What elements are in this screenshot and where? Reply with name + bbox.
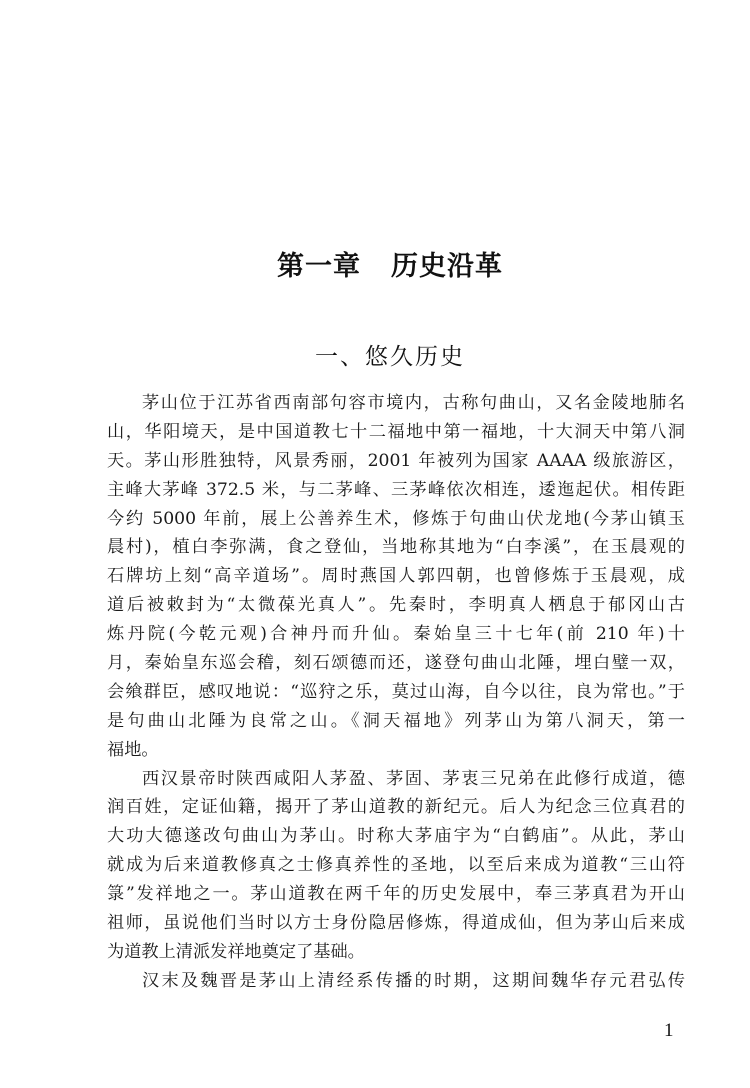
text-line: 道后被敕封为“太微葆光真人”。先秦时，李明真人栖息于郁冈山古 [107,591,685,620]
text-line: 月，秦始皇东巡会稽，刻石颂德而还，遂登句曲山北陲，埋白璧一双， [107,649,685,678]
text-line: 山，华阳境天，是中国道教七十二福地中第一福地，十大洞天中第八洞 [107,418,685,447]
text-line: 茅山位于江苏省西南部句容市境内，古称句曲山，又名金陵地肺名 [107,389,685,418]
book-page: 第一章历史沿革 一、悠久历史 茅山位于江苏省西南部句容市境内，古称句曲山，又名金… [0,0,750,1088]
text-line: 今约 5000 年前，展上公善养生术，修炼于句曲山伏龙地(今茅山镇玉 [107,505,685,534]
text-line: 天。茅山形胜独特，风景秀丽，2001 年被列为国家 AAAA 级旅游区， [107,447,685,476]
text-line: 润百姓，定证仙籍，揭开了茅山道教的新纪元。后人为纪念三位真君的 [107,793,685,822]
text-line: 祖师，虽说他们当时以方士身份隐居修炼，得道成仙，但为茅山后来成 [107,909,685,938]
chapter-name: 历史沿革 [391,251,503,282]
body-text: 茅山位于江苏省西南部句容市境内，古称句曲山，又名金陵地肺名 山，华阳境天，是中国… [107,389,685,996]
chapter-number: 第一章 [277,251,361,282]
text-line: 西汉景帝时陕西咸阳人茅盈、茅固、茅衷三兄弟在此修行成道，德 [107,765,685,794]
text-line: 汉末及魏晋是茅山上清经系传播的时期，这期间魏华存元君弘传 [107,967,685,996]
text-line: 主峰大茅峰 372.5 米，与二茅峰、三茅峰依次相连，逶迤起伏。相传距 [107,476,685,505]
text-line: 会飨群臣，感叹地说：“巡狩之乐，莫过山海，自今以往，良为常也。”于 [107,678,685,707]
chapter-title: 第一章历史沿革 [0,244,750,283]
page-number: 1 [664,1020,674,1042]
text-line: 石牌坊上刻“高辛道场”。周时燕国人郭四朝，也曾修炼于玉晨观，成 [107,562,685,591]
text-line: 就成为后来道教修真之士修真养性的圣地，以至后来成为道教“三山符 [107,851,685,880]
section-title: 一、悠久历史 [0,338,750,371]
text-line: 炼丹院(今乾元观)合神丹而升仙。秦始皇三十七年(前 210 年)十 [107,620,685,649]
text-line: 晨村)，植白李弥满，食之登仙，当地称其地为“白李溪”，在玉晨观的 [107,533,685,562]
text-line: 大功大德遂改句曲山为茅山。时称大茅庙宇为“白鹤庙”。从此，茅山 [107,822,685,851]
text-line: 箓”发祥地之一。茅山道教在两千年的历史发展中，奉三茅真君为开山 [107,880,685,909]
text-line: 为道教上清派发祥地奠定了基础。 [107,938,685,967]
text-line: 福地。 [107,736,685,765]
text-line: 是句曲山北陲为良常之山。《洞天福地》列茅山为第八洞天，第一 [107,707,685,736]
